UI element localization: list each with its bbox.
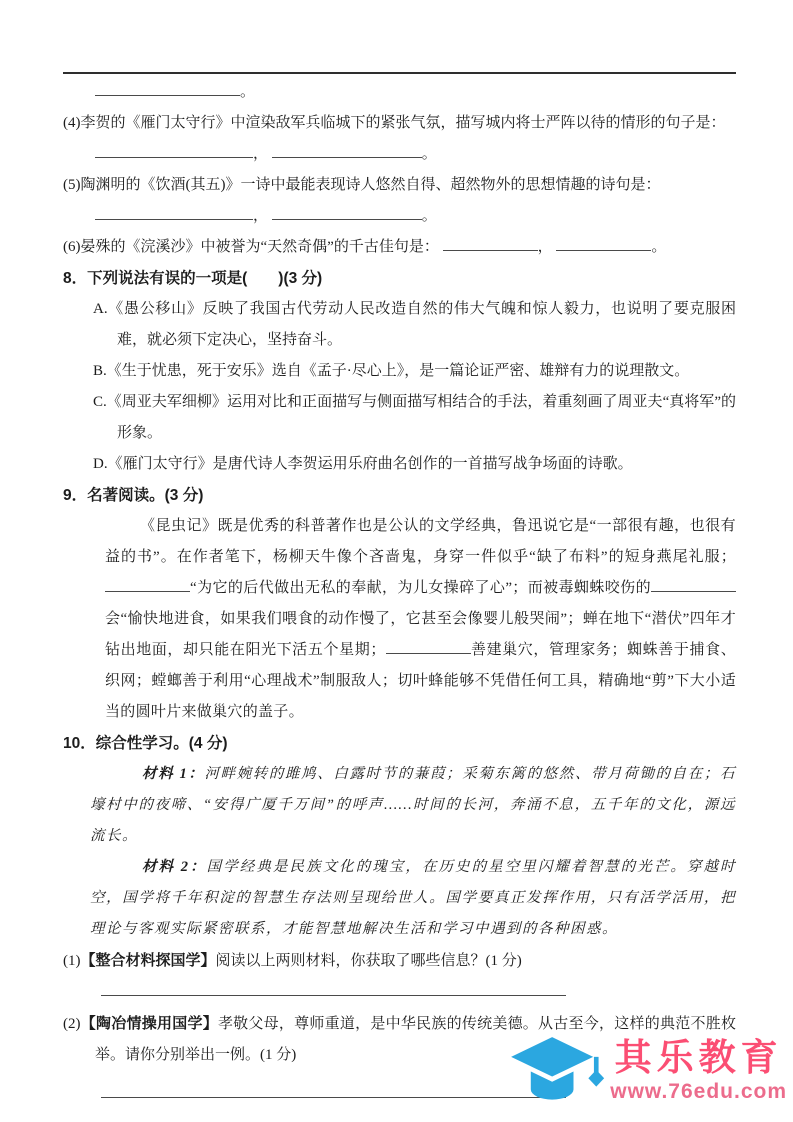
material-1-label: 材料 1： (142, 766, 204, 782)
subquestion-2-tag: 【陶冶情操用国学】 (81, 1015, 218, 1032)
answer-blank[interactable] (386, 639, 471, 654)
question-9-heading: 9．名著阅读。(3 分) (63, 480, 736, 511)
option-c: C.《周亚夫军细柳》运用对比和正面描写与侧面描写相结合的手法，着重刻画了周亚夫“… (93, 387, 736, 449)
brand-name: 其乐教育 (615, 1039, 783, 1076)
answer-line-top: 。 (95, 77, 736, 108)
option-a-label: A. (93, 301, 108, 317)
answer-blank[interactable] (95, 143, 253, 158)
answer-blank[interactable] (556, 236, 651, 251)
subquestion-1-tag: 【整合材料探国学】 (81, 952, 216, 969)
subquestion-2-label: (2) (63, 1016, 81, 1032)
subquestion-1-label: (1) (63, 953, 81, 969)
question-9-passage: 《昆虫记》既是优秀的科普著作也是公认的文学经典，鲁迅说它是“一部很有趣，也很有益… (105, 511, 736, 728)
answer-line-q5: ， 。 (95, 201, 736, 232)
period: 。 (422, 146, 437, 162)
question-10-number: 10． (63, 735, 96, 752)
answer-blank[interactable] (272, 143, 422, 158)
question-6-label: (6) (63, 239, 81, 255)
question-8-heading: 8．下列说法有误的一项是( )(3 分) (63, 263, 736, 294)
question-4: (4)李贺的《雁门太守行》中渲染敌军兵临城下的紧张气氛，描写城内将士严阵以待的情… (63, 108, 736, 139)
answer-blank[interactable] (101, 981, 566, 996)
option-a: A.《愚公移山》反映了我国古代劳动人民改造自然的伟大气魄和惊人毅力，也说明了要克… (93, 294, 736, 356)
answer-blank[interactable] (443, 236, 538, 251)
material-1: 材料 1：河畔婉转的雎鸠、白露时节的蒹葭；采菊东篱的悠然、带月荷锄的自在；石壕村… (90, 759, 736, 852)
question-4-label: (4) (63, 115, 81, 131)
option-b-text: 《生于忧患，死于安乐》选自《孟子·尽心上》，是一篇论证严密、雄辩有力的说理散文。 (107, 363, 690, 379)
option-b-label: B. (93, 363, 107, 379)
question-8-number: 8． (63, 270, 87, 287)
option-d-text: 《雁门太守行》是唐代诗人李贺运用乐府曲名创作的一首描写战争场面的诗歌。 (108, 456, 633, 472)
question-9-number: 9． (63, 487, 87, 504)
question-8-title: 下列说法有误的一项是( )(3 分) (87, 270, 322, 287)
graduation-cap-icon (502, 1029, 606, 1112)
material-2: 材料 2：国学经典是民族文化的瑰宝，在历史的星空里闪耀着智慧的光芒。穿越时空，国… (90, 852, 736, 945)
period: 。 (422, 208, 437, 224)
subquestion-1: (1)【整合材料探国学】阅读以上两则材料，你获取了哪些信息？(1 分) (63, 945, 736, 977)
website-url[interactable]: www.76edu.com (610, 1081, 787, 1102)
option-a-text: 《愚公移山》反映了我国古代劳动人民改造自然的伟大气魄和惊人毅力，也说明了要克服困… (108, 301, 736, 348)
question-6-text: 晏殊的《浣溪沙》中被誉为“天然奇偶”的千古佳句是： (81, 239, 439, 255)
answer-blank[interactable] (105, 577, 190, 592)
answer-blank[interactable] (95, 81, 240, 96)
option-b: B.《生于忧患，死于安乐》选自《孟子·尽心上》，是一篇论证严密、雄辩有力的说理散… (93, 356, 736, 387)
answer-line-sub1 (101, 977, 736, 1008)
question-6: (6)晏殊的《浣溪沙》中被誉为“天然奇偶”的千古佳句是： ， 。 (63, 232, 736, 263)
question-10-title: 综合性学习。(4 分) (96, 735, 228, 752)
comma: ， (253, 208, 268, 224)
subquestion-1-text: 阅读以上两则材料，你获取了哪些信息？(1 分) (216, 953, 522, 969)
option-c-text: 《周亚夫军细柳》运用对比和正面描写与侧面描写相结合的手法，着重刻画了周亚夫“真将… (107, 394, 736, 441)
answer-blank[interactable] (101, 1083, 566, 1098)
question-4-text: 李贺的《雁门太守行》中渲染敌军兵临城下的紧张气氛，描写城内将士严阵以待的情形的句… (81, 115, 726, 131)
option-d: D.《雁门太守行》是唐代诗人李贺运用乐府曲名创作的一首描写战争场面的诗歌。 (93, 449, 736, 480)
question-5-text: 陶渊明的《饮酒(其五)》一诗中最能表现诗人悠然自得、超然物外的思想情趣的诗句是： (81, 177, 661, 193)
passage-segment: “为它的后代做出无私的奉献，为儿女操碎了心”；而被毒蜘蛛咬伤的 (190, 580, 651, 596)
header-divider (63, 72, 736, 74)
period: 。 (651, 239, 666, 255)
passage-segment: 《昆虫记》既是优秀的科普著作也是公认的文学经典，鲁迅说它是“一部很有趣，也很有益… (105, 518, 736, 565)
question-9-title: 名著阅读。(3 分) (87, 487, 203, 504)
answer-line-q4: ， 。 (95, 139, 736, 170)
comma: ， (253, 146, 268, 162)
material-2-label: 材料 2： (142, 859, 207, 875)
option-d-label: D. (93, 456, 108, 472)
logo-text: 其乐教育 www.76edu.com (610, 1039, 787, 1102)
period: 。 (240, 84, 255, 100)
comma: ， (538, 239, 553, 255)
question-10-heading: 10．综合性学习。(4 分) (63, 728, 736, 759)
option-c-label: C. (93, 394, 107, 410)
question-8-options: A.《愚公移山》反映了我国古代劳动人民改造自然的伟大气魄和惊人毅力，也说明了要克… (63, 294, 736, 480)
answer-blank[interactable] (95, 205, 253, 220)
answer-blank[interactable] (272, 205, 422, 220)
question-5: (5)陶渊明的《饮酒(其五)》一诗中最能表现诗人悠然自得、超然物外的思想情趣的诗… (63, 170, 736, 201)
answer-blank[interactable] (651, 577, 736, 592)
exam-page: 。 (4)李贺的《雁门太守行》中渲染敌军兵临城下的紧张气氛，描写城内将士严阵以待… (0, 0, 793, 1122)
question-5-label: (5) (63, 177, 81, 193)
watermark-logo: 其乐教育 www.76edu.com (502, 1029, 787, 1112)
